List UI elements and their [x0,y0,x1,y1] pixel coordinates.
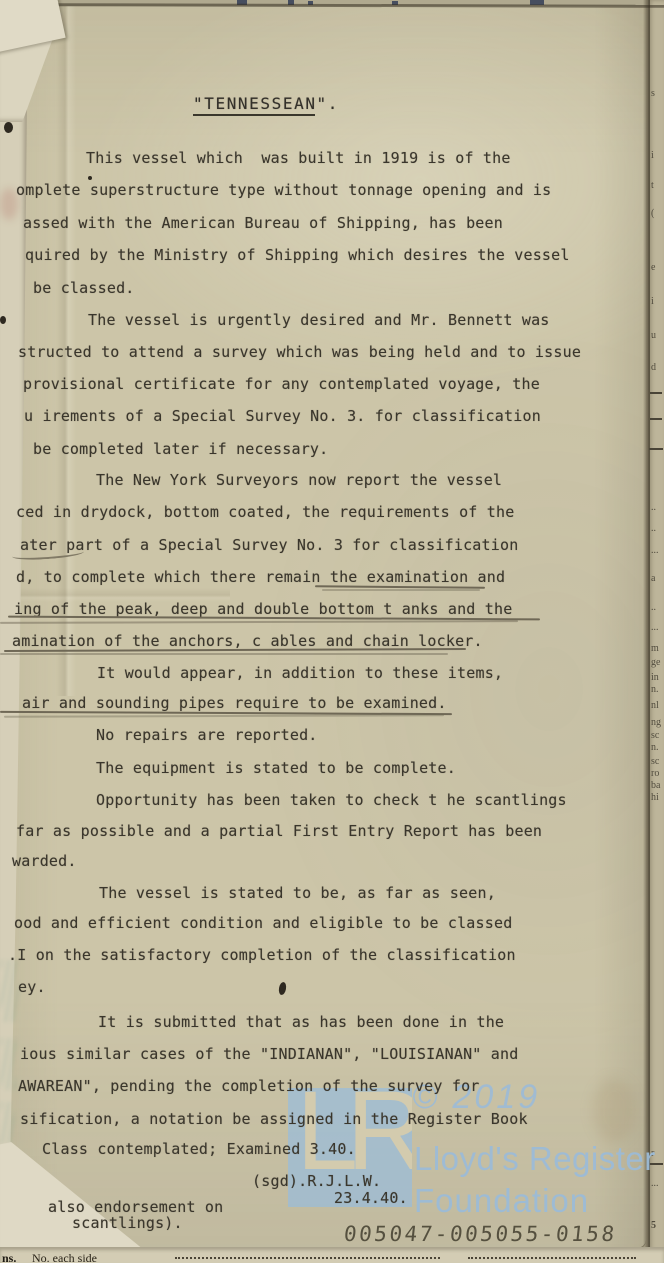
edge-text-fragment: m [651,643,659,654]
edge-text-fragment: 5 [651,1220,656,1231]
typed-line: ey. [18,978,46,996]
edge-text-fragment: in [651,672,659,683]
form-dotted-rule [468,1257,636,1259]
form-dotted-rule [175,1257,440,1259]
typed-line: omplete superstructure type without tonn… [16,181,551,199]
edge-text-fragment: nl [651,700,659,711]
archive-reference-number: 005047-005055-0158 [343,1222,618,1246]
typed-line: No repairs are reported. [96,726,318,744]
typed-line: ood and efficient condition and eligible… [14,914,512,932]
edge-rule [649,448,663,450]
typed-line: provisional certificate for any contempl… [23,375,540,393]
form-text-bold: ns. [2,1251,16,1263]
edge-text-fragment: .. [651,502,656,513]
edge-text-fragment: .. [651,602,656,613]
edge-text-fragment: ng [651,717,661,728]
document-title: "TENNESSEAN". [193,94,339,113]
ink-speck [4,122,13,133]
ink-speck [88,176,92,180]
edge-text-fragment: i [651,150,654,161]
edge-text-fragment: ge [651,657,660,668]
typed-line: The equipment is stated to be complete. [96,759,456,777]
edge-text-fragment: n. [651,742,659,753]
page-edge-shadow [643,0,650,1263]
edge-text-fragment: ba [651,780,660,791]
ink-speck [0,316,6,324]
typed-line: be completed later if necessary. [33,440,328,458]
typed-line: The vessel is stated to be, as far as se… [99,884,496,902]
typed-line: far as possible and a partial First Entr… [16,822,542,840]
typed-line: Opportunity has been taken to check t he… [96,791,567,809]
typed-line: The New York Surveyors now report the ve… [96,471,502,489]
typed-line: assed with the American Bureau of Shippi… [23,214,503,232]
watermark-name-line1: Lloyd's Register [414,1140,656,1178]
edge-text-fragment: s [651,88,655,99]
typed-line: It is submitted that as has been done in… [98,1013,504,1031]
edge-text-fragment: hi [651,792,659,803]
edge-text-fragment: sc [651,730,659,741]
edge-text-fragment: u [651,330,656,341]
typed-line: ater part of a Special Survey No. 3 for … [20,536,518,554]
ink-transfer-smudge [1,1102,14,1144]
underlying-form-page [0,1247,664,1263]
edge-text-fragment: n. [651,684,659,695]
edge-text-fragment: d [651,362,656,373]
typed-line: be classed. [33,279,135,297]
signature-date: 23.4.40. [334,1189,408,1207]
edge-text-fragment: ... [651,622,659,633]
typed-line: sification, a notation be assigned in th… [20,1110,528,1128]
edge-rule [650,392,662,394]
title-underline [193,114,315,116]
edge-text-fragment: ro [651,768,659,779]
edge-text-fragment: ... [651,545,659,556]
typed-line: air and sounding pipes require to be exa… [22,694,447,712]
signature-line: (sgd).R.J.L.W. [252,1172,381,1190]
pencil-underline [0,653,448,655]
typed-line: ious similar cases of the "INDIANAN", "L… [20,1045,518,1063]
typed-line: Class contemplated; Examined 3.40. [42,1140,356,1158]
typed-line: quired by the Ministry of Shipping which… [25,246,570,264]
watermark-name-line2: Foundation [414,1182,589,1220]
paper-stain [592,1078,636,1142]
typed-line: structed to attend a survey which was be… [18,343,581,361]
scanned-document: LR © 2019 Lloyd's Register Foundation "T… [0,0,664,1263]
edge-text-fragment: i [651,296,654,307]
edge-text-fragment: .. [651,523,656,534]
typed-line: .I on the satisfactory completion of the… [8,946,516,964]
edge-rule [650,418,662,420]
edge-text-fragment: ( [651,208,654,219]
edge-text-fragment: a [651,573,655,584]
typed-line: d, to complete which there remain the ex… [16,568,505,586]
typed-line: It would appear, in addition to these it… [97,664,503,682]
typed-line: ced in drydock, bottom coated, the requi… [16,503,514,521]
edge-text-fragment: ... [651,1178,659,1189]
ink-transfer-smudge [1,1038,16,1090]
ink-transfer-smudge [1,960,19,1022]
form-text: No. each side [32,1251,97,1263]
edge-text-fragment: sc [651,756,659,767]
pencil-underline [322,589,480,591]
typed-line: u irements of a Special Survey No. 3. fo… [24,407,541,425]
typed-line: AWAREAN", pending the completion of the … [18,1077,480,1095]
typed-line: This vessel which was built in 1919 is o… [86,149,511,167]
typed-line: warded. [12,852,77,870]
note-line: scantlings). [72,1214,183,1232]
edge-text-fragment: t [651,180,654,191]
typed-line: The vessel is urgently desired and Mr. B… [88,311,550,329]
edge-text-fragment: e [651,262,655,273]
